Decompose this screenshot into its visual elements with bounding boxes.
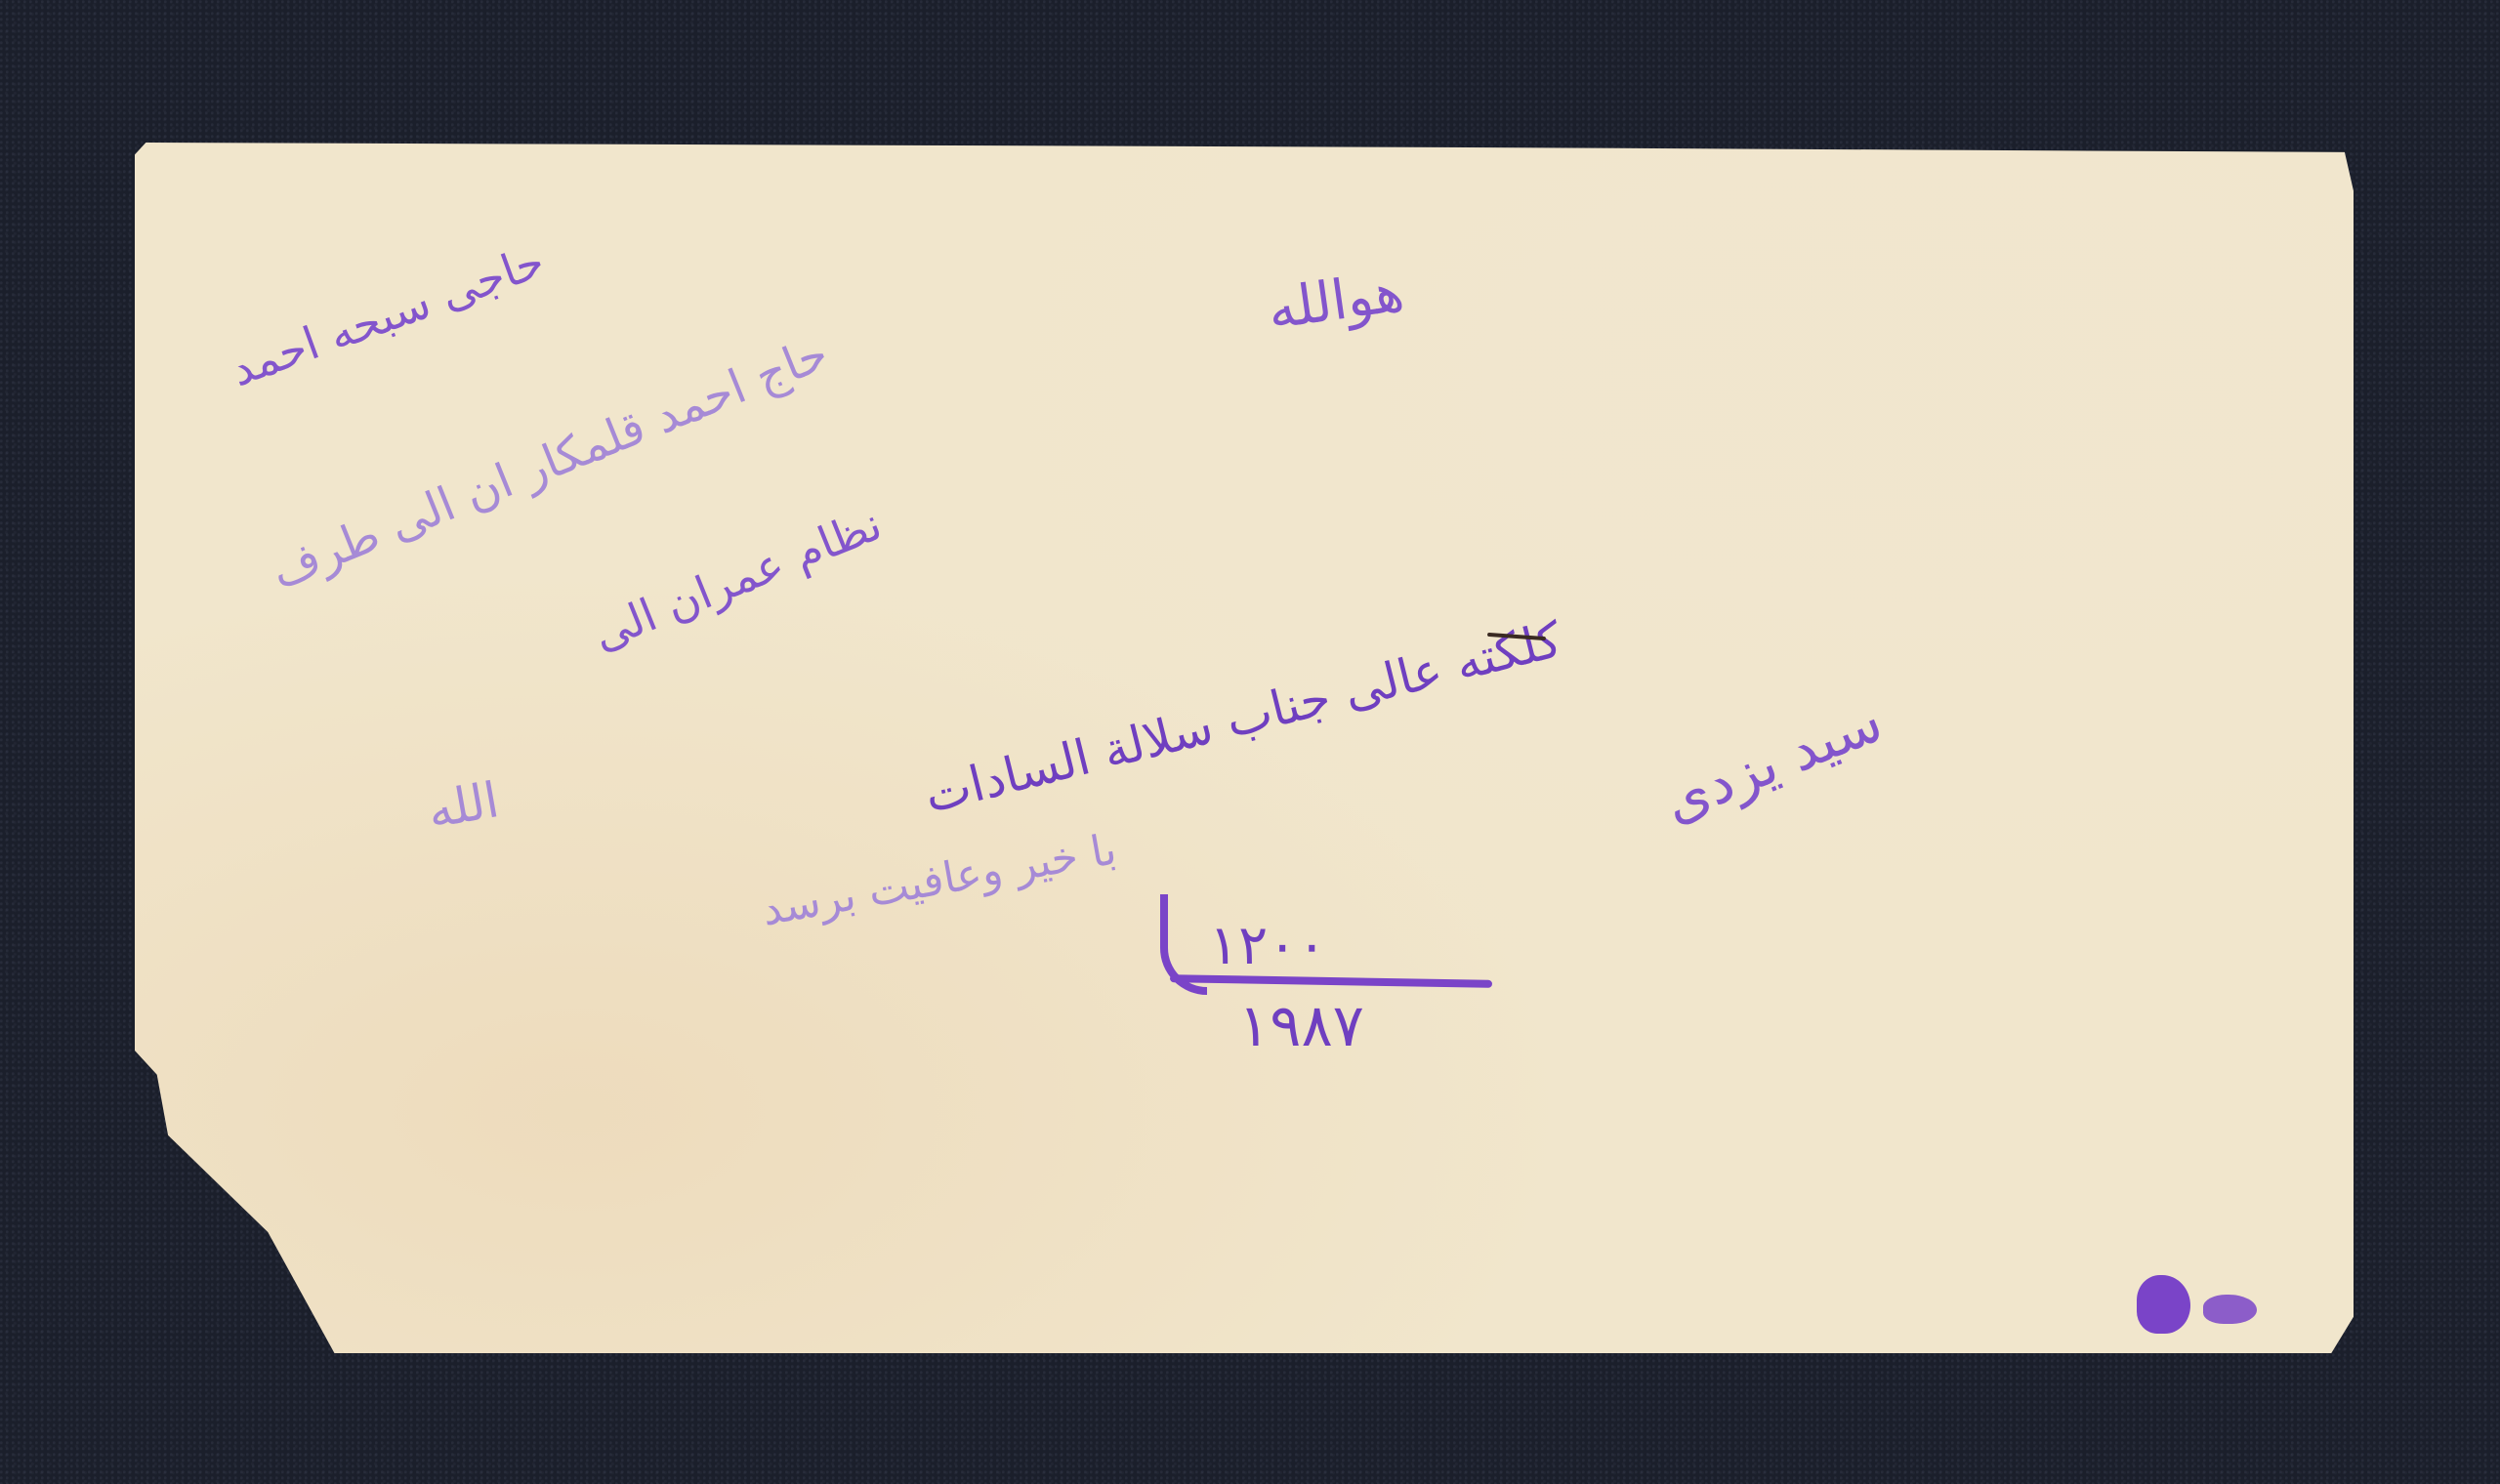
fraction-hook xyxy=(1160,894,1207,995)
heading-text: هوالله xyxy=(1264,261,1407,343)
note-text: با خیر وعافیت برسد xyxy=(758,824,1120,935)
addressee-text: سید یزدی xyxy=(1654,688,1892,836)
ink-blot xyxy=(2137,1275,2190,1334)
numerals-top: ۱۲۰۰ xyxy=(1209,914,1326,977)
envelope: هوالله حاجی سبحه احمد حاج احمد قلمکار ان… xyxy=(135,143,2354,1353)
address-line-2: کلکته عالی جناب سلالة السادات xyxy=(919,611,1567,824)
signature-text: الله xyxy=(424,771,503,840)
address-line-1: نظام عمران الی xyxy=(585,497,889,660)
fraction-line xyxy=(1170,974,1492,988)
ink-blot xyxy=(2203,1295,2257,1324)
sender-line-1: حاجی سبحه احمد xyxy=(224,234,551,396)
numerals-bottom: ۱۹۸۷ xyxy=(1238,992,1364,1060)
